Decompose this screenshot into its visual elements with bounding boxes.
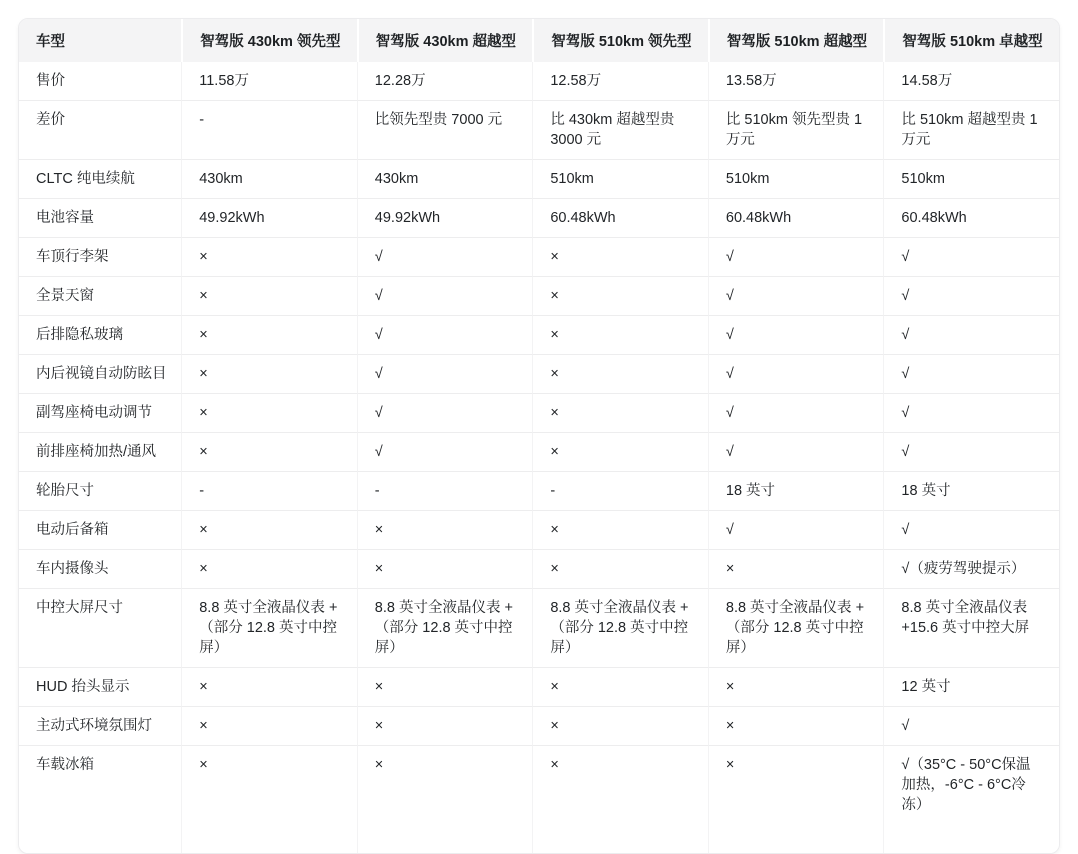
cell-value: - — [357, 471, 533, 510]
cell-check-mark: √ — [883, 237, 1059, 276]
cell-cross-mark: × — [532, 276, 708, 315]
table-row: 车顶行李架×√×√√ — [19, 237, 1059, 276]
table-row: 车载冰箱××××√（35°C - 50°C保温加热，-6°C - 6°C冷冻） — [19, 745, 1059, 853]
cell-check-mark: √ — [883, 706, 1059, 745]
cell-check-mark: √ — [883, 510, 1059, 549]
cell-value: - — [181, 471, 357, 510]
cell-cross-mark: × — [532, 354, 708, 393]
cell-check-mark: √ — [357, 276, 533, 315]
table-row: 后排隐私玻璃×√×√√ — [19, 315, 1059, 354]
column-header-trim: 智驾版 510km 卓越型 — [883, 19, 1059, 62]
cell-cross-mark: × — [532, 432, 708, 471]
cell-cross-mark: × — [357, 706, 533, 745]
page: 车型智驾版 430km 领先型智驾版 430km 超越型智驾版 510km 领先… — [0, 0, 1078, 785]
table-row: 全景天窗×√×√√ — [19, 276, 1059, 315]
cell-cross-mark: × — [357, 745, 533, 853]
cell-cross-mark: × — [357, 510, 533, 549]
row-label: 电池容量 — [19, 198, 181, 237]
cell-check-mark: √ — [708, 237, 884, 276]
cell-value: 60.48kWh — [532, 198, 708, 237]
table-row: 电动后备箱×××√√ — [19, 510, 1059, 549]
cell-value: 510km — [532, 159, 708, 198]
row-label: 售价 — [19, 62, 181, 100]
cell-value: 8.8 英寸全液晶仪表 +（部分 12.8 英寸中控屏） — [708, 588, 884, 667]
cell-cross-mark: × — [181, 745, 357, 853]
cell-cross-mark: × — [181, 706, 357, 745]
table-row: 售价11.58万12.28万12.58万13.58万14.58万 — [19, 62, 1059, 100]
cell-cross-mark: × — [181, 315, 357, 354]
table-row: HUD 抬头显示××××12 英寸 — [19, 667, 1059, 706]
cell-check-mark: √ — [708, 393, 884, 432]
row-label: 内后视镜自动防眩目 — [19, 354, 181, 393]
cell-cross-mark: × — [357, 667, 533, 706]
row-label: HUD 抬头显示 — [19, 667, 181, 706]
cell-value: 49.92kWh — [357, 198, 533, 237]
cell-cross-mark: × — [181, 549, 357, 588]
cell-value: 比 430km 超越型贵 3000 元 — [532, 100, 708, 159]
cell-value: √（35°C - 50°C保温加热，-6°C - 6°C冷冻） — [883, 745, 1059, 853]
cell-cross-mark: × — [181, 510, 357, 549]
cell-check-mark: √ — [883, 393, 1059, 432]
cell-value: - — [181, 100, 357, 159]
column-header-trim: 智驾版 510km 超越型 — [708, 19, 884, 62]
trim-comparison-table: 车型智驾版 430km 领先型智驾版 430km 超越型智驾版 510km 领先… — [19, 19, 1059, 853]
row-label: 车载冰箱 — [19, 745, 181, 853]
header-row: 车型智驾版 430km 领先型智驾版 430km 超越型智驾版 510km 领先… — [19, 19, 1059, 62]
row-label: 前排座椅加热/通风 — [19, 432, 181, 471]
cell-value: 8.8 英寸全液晶仪表 +（部分 12.8 英寸中控屏） — [532, 588, 708, 667]
table-row: 电池容量49.92kWh49.92kWh60.48kWh60.48kWh60.4… — [19, 198, 1059, 237]
cell-value: 430km — [357, 159, 533, 198]
cell-cross-mark: × — [181, 432, 357, 471]
cell-cross-mark: × — [708, 549, 884, 588]
cell-cross-mark: × — [532, 315, 708, 354]
cell-cross-mark: × — [181, 237, 357, 276]
cell-check-mark: √ — [708, 510, 884, 549]
cell-check-mark: √ — [357, 237, 533, 276]
table-body: 售价11.58万12.28万12.58万13.58万14.58万差价-比领先型贵… — [19, 62, 1059, 853]
row-label: 中控大屏尺寸 — [19, 588, 181, 667]
cell-check-mark: √ — [708, 315, 884, 354]
cell-value: 8.8 英寸全液晶仪表 +（部分 12.8 英寸中控屏） — [357, 588, 533, 667]
cell-cross-mark: × — [708, 745, 884, 853]
cell-value: 510km — [883, 159, 1059, 198]
row-label: 副驾座椅电动调节 — [19, 393, 181, 432]
cell-cross-mark: × — [532, 667, 708, 706]
row-label: 全景天窗 — [19, 276, 181, 315]
table-row: 副驾座椅电动调节×√×√√ — [19, 393, 1059, 432]
row-label: 差价 — [19, 100, 181, 159]
cell-check-mark: √ — [357, 315, 533, 354]
cell-value: 60.48kWh — [708, 198, 884, 237]
cell-value: 比领先型贵 7000 元 — [357, 100, 533, 159]
cell-check-mark: √ — [357, 393, 533, 432]
column-header-trim: 智驾版 430km 超越型 — [357, 19, 533, 62]
cell-check-mark: √ — [883, 276, 1059, 315]
cell-cross-mark: × — [532, 549, 708, 588]
cell-value: √（疲劳驾驶提示） — [883, 549, 1059, 588]
row-label: CLTC 纯电续航 — [19, 159, 181, 198]
cell-cross-mark: × — [181, 276, 357, 315]
cell-value: 比 510km 领先型贵 1 万元 — [708, 100, 884, 159]
cell-value: 49.92kWh — [181, 198, 357, 237]
row-label: 车顶行李架 — [19, 237, 181, 276]
cell-cross-mark: × — [181, 667, 357, 706]
row-label: 轮胎尺寸 — [19, 471, 181, 510]
table-row: 差价-比领先型贵 7000 元比 430km 超越型贵 3000 元比 510k… — [19, 100, 1059, 159]
cell-cross-mark: × — [532, 706, 708, 745]
trim-comparison-table-container: 车型智驾版 430km 领先型智驾版 430km 超越型智驾版 510km 领先… — [18, 18, 1060, 854]
cell-check-mark: √ — [883, 354, 1059, 393]
cell-cross-mark: × — [357, 549, 533, 588]
cell-value: 12.58万 — [532, 62, 708, 100]
cell-cross-mark: × — [181, 354, 357, 393]
cell-check-mark: √ — [357, 354, 533, 393]
cell-value: - — [532, 471, 708, 510]
cell-cross-mark: × — [708, 667, 884, 706]
cell-value: 12 英寸 — [883, 667, 1059, 706]
cell-value: 510km — [708, 159, 884, 198]
column-header-trim: 智驾版 430km 领先型 — [181, 19, 357, 62]
row-label: 车内摄像头 — [19, 549, 181, 588]
cell-value: 18 英寸 — [708, 471, 884, 510]
column-header-trim: 智驾版 510km 领先型 — [532, 19, 708, 62]
table-row: 车内摄像头××××√（疲劳驾驶提示） — [19, 549, 1059, 588]
cell-value: 8.8 英寸全液晶仪表 +（部分 12.8 英寸中控屏） — [181, 588, 357, 667]
cell-cross-mark: × — [708, 706, 884, 745]
cell-value: 60.48kWh — [883, 198, 1059, 237]
row-label: 电动后备箱 — [19, 510, 181, 549]
cell-check-mark: √ — [883, 432, 1059, 471]
table-row: 中控大屏尺寸8.8 英寸全液晶仪表 +（部分 12.8 英寸中控屏）8.8 英寸… — [19, 588, 1059, 667]
cell-cross-mark: × — [181, 393, 357, 432]
table-row: 主动式环境氛围灯××××√ — [19, 706, 1059, 745]
cell-value: 8.8 英寸全液晶仪表 +15.6 英寸中控大屏 — [883, 588, 1059, 667]
cell-cross-mark: × — [532, 237, 708, 276]
table-row: 轮胎尺寸---18 英寸18 英寸 — [19, 471, 1059, 510]
cell-value: 12.28万 — [357, 62, 533, 100]
cell-value: 430km — [181, 159, 357, 198]
cell-check-mark: √ — [357, 432, 533, 471]
cell-value: 11.58万 — [181, 62, 357, 100]
cell-cross-mark: × — [532, 745, 708, 853]
cell-cross-mark: × — [532, 510, 708, 549]
table-header: 车型智驾版 430km 领先型智驾版 430km 超越型智驾版 510km 领先… — [19, 19, 1059, 62]
cell-check-mark: √ — [708, 276, 884, 315]
column-header-label: 车型 — [19, 19, 181, 62]
cell-value: 18 英寸 — [883, 471, 1059, 510]
table-row: 前排座椅加热/通风×√×√√ — [19, 432, 1059, 471]
table-row: 内后视镜自动防眩目×√×√√ — [19, 354, 1059, 393]
cell-check-mark: √ — [883, 315, 1059, 354]
cell-check-mark: √ — [708, 354, 884, 393]
cell-value: 14.58万 — [883, 62, 1059, 100]
row-label: 主动式环境氛围灯 — [19, 706, 181, 745]
cell-value: 13.58万 — [708, 62, 884, 100]
cell-value: 比 510km 超越型贵 1 万元 — [883, 100, 1059, 159]
cell-check-mark: √ — [708, 432, 884, 471]
row-label: 后排隐私玻璃 — [19, 315, 181, 354]
cell-cross-mark: × — [532, 393, 708, 432]
table-row: CLTC 纯电续航430km430km510km510km510km — [19, 159, 1059, 198]
